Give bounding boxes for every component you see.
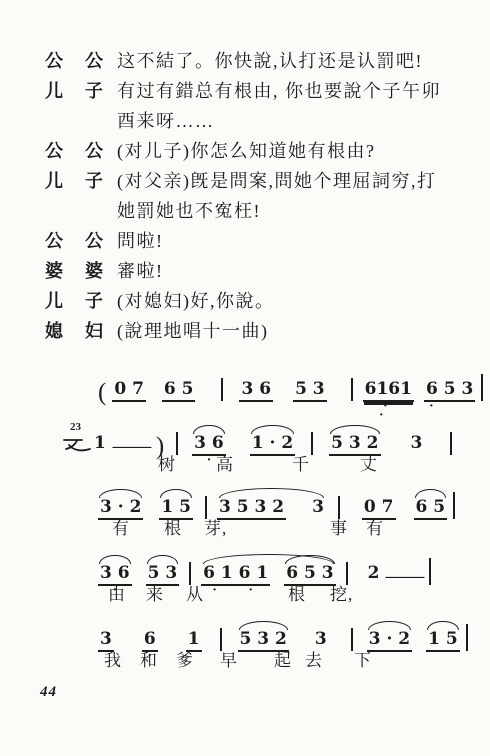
speaker-name: 儿 子 (45, 76, 107, 106)
speech-text: (对儿子)你怎么知道她有根由? (117, 136, 464, 166)
speech-text: 有过有錯总有根由, 你也要說个子午卯 酉来呀…… (117, 76, 464, 136)
speech-text: 这不結了。你快說,认打还是认罰吧! (117, 46, 464, 76)
speech-text: (說理地唱十一曲) (117, 316, 464, 346)
barline (351, 378, 353, 401)
lyric-char: 千 (292, 450, 310, 475)
lyric-char: 树 (158, 450, 176, 475)
speech-line: (对媳妇)好,你說。 (117, 286, 464, 316)
speech-line: 她罰她也不寃枉! (117, 196, 464, 226)
lyric-char: 挖, (330, 580, 353, 605)
lyric-char: 事 (330, 514, 348, 539)
lyric-char: 去 (305, 646, 323, 671)
lyric-char: 我 (104, 646, 122, 671)
speech-line: 有过有錯总有根由, 你也要說个子午卯 (117, 76, 464, 106)
speech-line: 这不結了。你快說,认打还是认罰吧! (117, 46, 464, 76)
speaker-name: 婆 婆 (45, 256, 107, 286)
dialogue-row: 公 公 这不結了。你快說,认打还是认罰吧! (45, 46, 464, 76)
note-group: 6 5 (162, 380, 196, 402)
lyrics-line: 树 高 千 丈 (0, 450, 490, 474)
speech-line: (說理地唱十一曲) (117, 316, 464, 346)
dialogue-row: 儿 子 (对父亲)旣是問案,問她个理屈詞穷,打 她罰她也不寃枉! (45, 166, 464, 226)
lyrics-line: 有 根 芽, 事 有 (0, 514, 490, 538)
music-score: ( 0 7 6 5 3 6 5 3 6161· · 6 5 3· 23 1 — … (0, 360, 490, 700)
intro-open-paren: ( (98, 382, 106, 404)
notation-line: ( 0 7 6 5 3 6 5 3 6161· · 6 5 3· (98, 368, 483, 402)
lyric-char: 和 (140, 646, 158, 671)
dialogue-row: 儿 子 (对媳妇)好,你說。 (45, 286, 464, 316)
barline-end (481, 374, 483, 401)
speaker-name: 儿 子 (45, 166, 107, 196)
lyrics-line: 我 和 爹 早 起 去 下 (0, 646, 490, 670)
dialogue-row: 媳 妇 (說理地唱十一曲) (45, 316, 464, 346)
lyric-char: 芽, (204, 514, 227, 539)
lyric-char: 有 (366, 514, 384, 539)
barline (221, 378, 223, 401)
speech-line: 問啦! (117, 226, 464, 256)
dialogue-row: 儿 子 有过有錯总有根由, 你也要說个子午卯 酉来呀…… (45, 76, 464, 136)
speech-line: 審啦! (117, 256, 464, 286)
footnote-ref: 23 (70, 421, 81, 433)
note-group: 6 5 3· (424, 380, 475, 402)
speaker-name: 公 公 (45, 46, 107, 76)
page-number: 44 (40, 684, 57, 701)
speaker-name: 公 公 (45, 136, 107, 166)
lyric-char: 起 (274, 646, 292, 671)
lyric-char: 来 (146, 580, 164, 605)
book-page: 公 公 这不結了。你快說,认打还是认罰吧! 儿 子 有过有錯总有根由, 你也要說… (0, 0, 490, 756)
lyrics-line: 由 来 从 根 挖, (0, 580, 490, 604)
speech-text: 審啦! (117, 256, 464, 286)
speech-text: (对媳妇)好,你說。 (117, 286, 464, 316)
lyric-char: 根 (164, 514, 182, 539)
note-group: 5 3 (293, 380, 327, 402)
lyric-char: 根 (288, 580, 306, 605)
note-group: 6161· · (363, 380, 414, 402)
lyric-char: 丈 (360, 450, 378, 475)
speech-line: (对父亲)旣是問案,問她个理屈詞穷,打 (117, 166, 464, 196)
note-group: 0 7 (112, 380, 146, 402)
lyric-char: 下 (354, 646, 372, 671)
dialogue-section: 公 公 这不結了。你快說,认打还是认罰吧! 儿 子 有过有錯总有根由, 你也要說… (45, 46, 464, 346)
octave-dots: · · (363, 402, 414, 420)
lyric-char: 由 (108, 580, 126, 605)
speaker-name: 媳 妇 (45, 316, 107, 346)
speaker-name: 儿 子 (45, 286, 107, 316)
speaker-name: 公 公 (45, 226, 107, 256)
note-group: 3 6 (239, 380, 273, 402)
speech-line: (对儿子)你怎么知道她有根由? (117, 136, 464, 166)
lyric-char: 爹 (176, 646, 194, 671)
dialogue-row: 公 公 問啦! (45, 226, 464, 256)
speech-text: 問啦! (117, 226, 464, 256)
lyric-char: 有 (112, 514, 130, 539)
dialogue-row: 婆 婆 審啦! (45, 256, 464, 286)
lyric-char: 早 (220, 646, 238, 671)
dialogue-row: 公 公 (对儿子)你怎么知道她有根由? (45, 136, 464, 166)
octave-dot: · (424, 402, 475, 411)
lyric-char: 从 (186, 580, 204, 605)
speech-text: (对父亲)旣是問案,問她个理屈詞穷,打 她罰她也不寃枉! (117, 166, 464, 226)
lyric-char: 高 (216, 450, 234, 475)
speech-line: 酉来呀…… (117, 106, 464, 136)
